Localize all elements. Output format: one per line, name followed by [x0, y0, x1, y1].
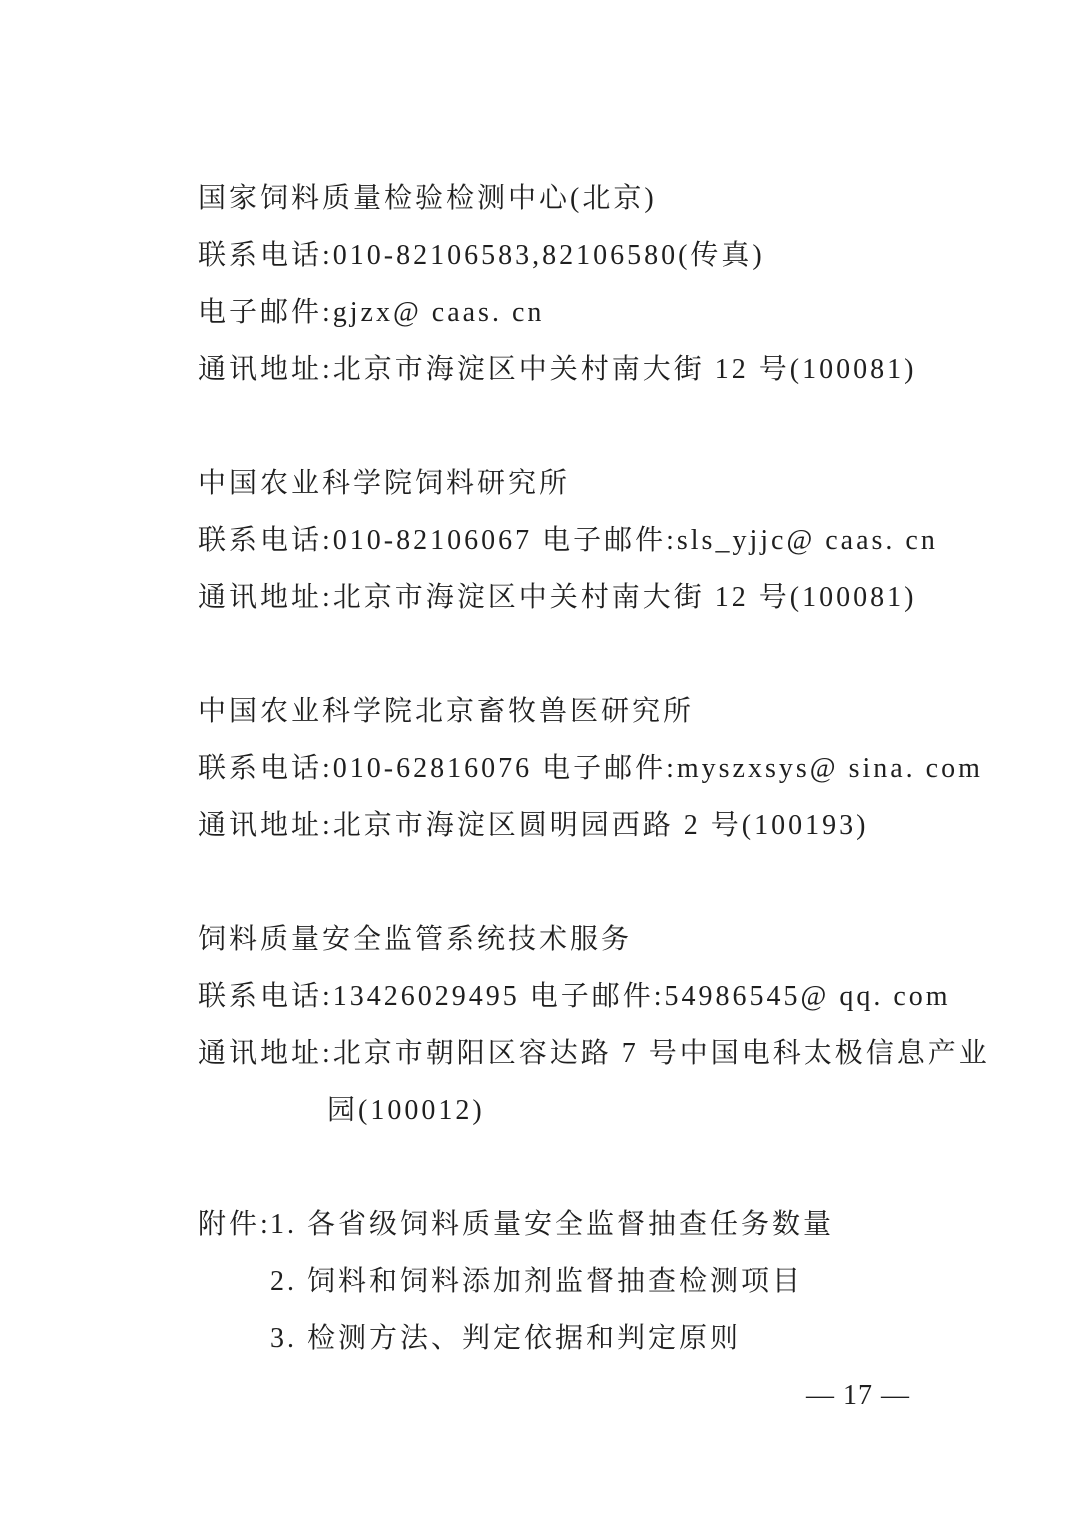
contact-block-animal-husbandry-institute: 中国农业科学院北京畜牧兽医研究所 联系电话:010-62816076 电子邮件:…	[198, 683, 950, 854]
contact-address-line: 通讯地址:北京市海淀区中关村南大街 12 号(100081)	[198, 569, 950, 626]
org-name: 饲料质量安全监管系统技术服务	[198, 911, 950, 968]
attachment-item-2: 2. 饲料和饲料添加剂监督抽查检测项目	[270, 1253, 803, 1310]
contact-block-feed-research-institute: 中国农业科学院饲料研究所 联系电话:010-82106067 电子邮件:sls_…	[198, 455, 950, 626]
org-name: 国家饲料质量检验检测中心(北京)	[198, 170, 950, 227]
attachment-row: 2. 饲料和饲料添加剂监督抽查检测项目	[198, 1253, 950, 1310]
contact-phone-email-line: 联系电话:010-62816076 电子邮件:myszxsys@ sina. c…	[198, 740, 950, 797]
attachments-label-spacer	[198, 1253, 270, 1310]
contact-address-continuation: 园(100012)	[198, 1082, 950, 1139]
attachments-section: 附件: 1. 各省级饲料质量安全监督抽查任务数量 2. 饲料和饲料添加剂监督抽查…	[198, 1196, 950, 1367]
org-name: 中国农业科学院饲料研究所	[198, 455, 950, 512]
contact-email-line: 电子邮件:gjzx@ caas. cn	[198, 284, 950, 341]
attachment-item-1: 1. 各省级饲料质量安全监督抽查任务数量	[270, 1196, 834, 1253]
contact-block-supervision-system-service: 饲料质量安全监管系统技术服务 联系电话:13426029495 电子邮件:549…	[198, 911, 950, 1139]
attachment-item-3: 3. 检测方法、判定依据和判定原则	[270, 1310, 741, 1367]
document-page: 国家饲料质量检验检测中心(北京) 联系电话:010-82106583,82106…	[0, 0, 1080, 1527]
attachments-label-spacer	[198, 1310, 270, 1367]
contact-block-national-feed-center: 国家饲料质量检验检测中心(北京) 联系电话:010-82106583,82106…	[198, 170, 950, 398]
contact-phone-line: 联系电话:010-82106583,82106580(传真)	[198, 227, 950, 284]
attachment-row: 附件: 1. 各省级饲料质量安全监督抽查任务数量	[198, 1196, 950, 1253]
contact-phone-email-line: 联系电话:13426029495 电子邮件:54986545@ qq. com	[198, 968, 950, 1025]
attachments-label: 附件:	[198, 1196, 270, 1253]
attachment-row: 3. 检测方法、判定依据和判定原则	[198, 1310, 950, 1367]
page-number: — 17 —	[198, 1367, 950, 1424]
contact-address-line: 通讯地址:北京市朝阳区容达路 7 号中国电科太极信息产业	[198, 1025, 950, 1082]
contact-phone-email-line: 联系电话:010-82106067 电子邮件:sls_yjjc@ caas. c…	[198, 512, 950, 569]
contact-address-line: 通讯地址:北京市海淀区圆明园西路 2 号(100193)	[198, 797, 950, 854]
contact-address-line: 通讯地址:北京市海淀区中关村南大街 12 号(100081)	[198, 341, 950, 398]
org-name: 中国农业科学院北京畜牧兽医研究所	[198, 683, 950, 740]
